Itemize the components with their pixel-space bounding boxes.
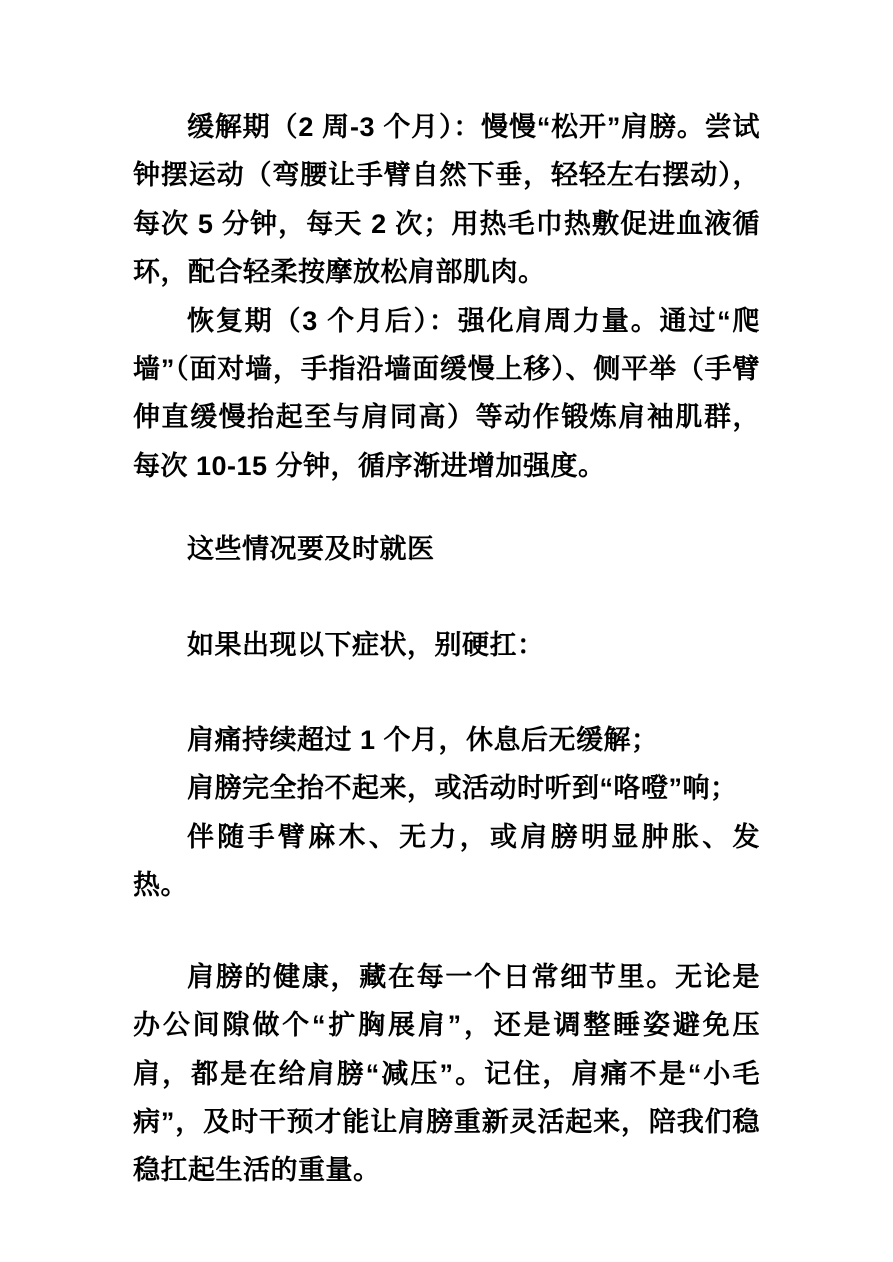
symptom-line-persistent-pain: 肩痛持续超过 1 个月，休息后无缓解； — [133, 716, 760, 764]
symptom-line-numbness-swelling: 伴随手臂麻木、无力，或肩膀明显肿胀、发热。 — [133, 813, 760, 910]
document-content: 缓解期（2 周-3 个月）：慢慢“松开”肩膀。尝试钟摆运动（弯腰让手臂自然下垂，… — [133, 103, 760, 1195]
paragraph-conclusion: 肩膀的健康，藏在每一个日常细节里。无论是办公间隙做个“扩胸展肩”，还是调整睡姿避… — [133, 953, 760, 1195]
document-page: 缓解期（2 周-3 个月）：慢慢“松开”肩膀。尝试钟摆运动（弯腰让手臂自然下垂，… — [0, 0, 893, 1262]
paragraph-symptoms-intro: 如果出现以下症状，别硬扛： — [133, 621, 760, 669]
paragraph-relief-period: 缓解期（2 周-3 个月）：慢慢“松开”肩膀。尝试钟摆运动（弯腰让手臂自然下垂，… — [133, 103, 760, 297]
symptom-line-cannot-lift: 肩膀完全抬不起来，或活动时听到“咯噔”响； — [133, 764, 760, 812]
paragraph-recovery-period: 恢复期（3 个月后）：强化肩周力量。通过“爬墙”（面对墙，手指沿墙面缓慢上移）、… — [133, 297, 760, 491]
symptom-list: 肩痛持续超过 1 个月，休息后无缓解； 肩膀完全抬不起来，或活动时听到“咯噔”响… — [133, 716, 760, 910]
section-heading-seek-medical-care: 这些情况要及时就医 — [133, 525, 760, 573]
